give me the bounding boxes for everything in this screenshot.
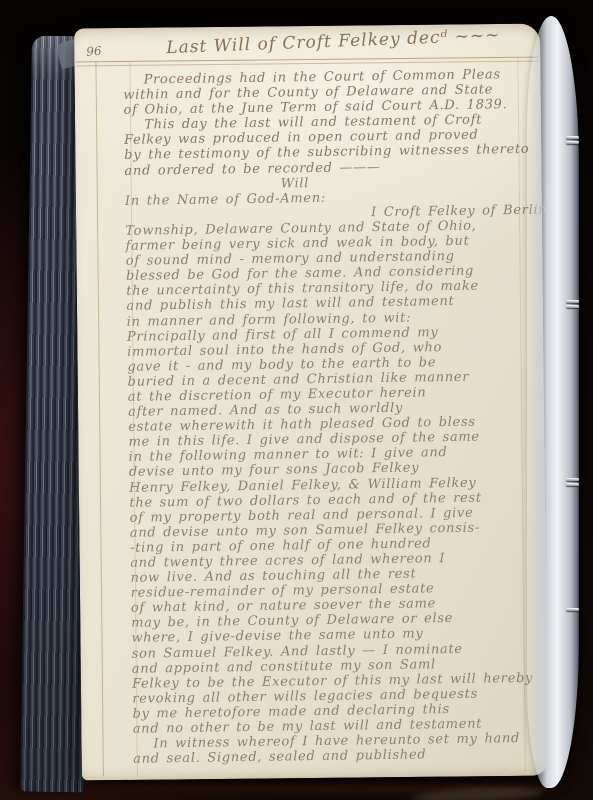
binding-ring-bar [566, 300, 579, 303]
binding-ring-icon [566, 478, 579, 488]
page-fore-edge-curve [527, 16, 579, 788]
binding-ring-bar [566, 608, 579, 611]
binding-ring-icon [566, 300, 579, 310]
binding-ring-bar [566, 305, 579, 308]
binding-ring-bar [566, 136, 579, 139]
binding-ring-icon [566, 136, 579, 146]
ledger-page: 96 Last Will of Croft Felkey decᵈ ~~~ Pr… [74, 24, 548, 781]
page-title: Last Will of Croft Felkey decᵈ ~~~ [166, 25, 501, 58]
proceedings-paragraph: Proceedings had in the Court of Common P… [123, 67, 527, 179]
binding-ring-icon [566, 608, 579, 618]
record-book-photo: 96 Last Will of Croft Felkey decᵈ ~~~ Pr… [0, 0, 593, 800]
binding-ring-bar [566, 478, 579, 481]
page-number: 96 [86, 44, 102, 59]
manuscript-text: Proceedings had in the Court of Common P… [123, 67, 535, 767]
left-margin-line [95, 62, 103, 776]
binding-ring-bar [566, 483, 579, 486]
binding-ring-bar [566, 141, 579, 144]
will-body: In the Name of God-Amen: I Croft Felkey … [125, 188, 535, 767]
